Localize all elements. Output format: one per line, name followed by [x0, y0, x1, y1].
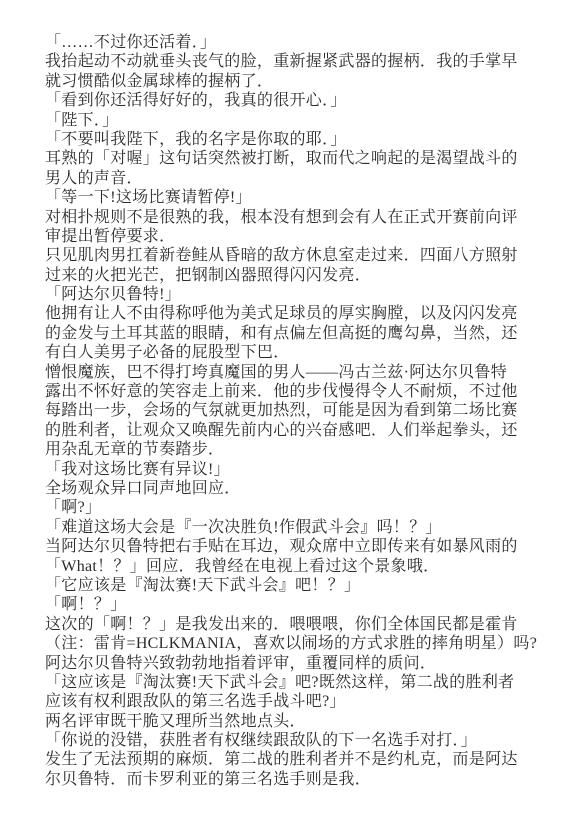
text-line: 审提出暂停要求．: [45, 227, 543, 246]
text-line: 「我对这场比赛有异议!」: [45, 460, 543, 479]
text-line: 「这应该是『淘汰赛!天下武斗会』吧?既然这样，第二战的胜利者: [45, 673, 543, 692]
text-line: 憎恨魔族，巴不得打垮真魔国的男人——冯古兰兹·阿达尔贝鲁特: [45, 363, 543, 382]
text-line: 应该有权利跟敌队的第三名选手战斗吧?」: [45, 692, 543, 711]
text-line: 露出不怀好意的笑容走上前来．他的步伐慢得令人不耐烦，不过他: [45, 382, 543, 401]
text-line: 发生了无法预期的麻烦．第二战的胜利者并不是约札克，而是阿达: [45, 750, 543, 769]
text-line: 「啊！？」: [45, 595, 543, 614]
text-line: 阿达尔贝鲁特兴致勃勃地指着评审，重覆同样的质问．: [45, 654, 543, 673]
text-line: 每踏出一步，会场的气氛就更加热烈，可能是因为看到第二场比赛: [45, 401, 543, 420]
text-line: 「陛下．」: [45, 111, 543, 130]
text-line: （注：雷肯=HCLKMANIA，喜欢以闹场的方式求胜的摔角明星）吗?: [45, 634, 543, 653]
text-line: 「不要叫我陛下，我的名字是你取的耶．」: [45, 130, 543, 149]
text-line: 他拥有让人不由得称呼他为美式足球员的厚实胸膛，以及闪闪发亮: [45, 304, 543, 323]
text-line: 有白人美男子必备的屁股型下巴．: [45, 343, 543, 362]
text-line: 只见肌肉男扛着新卷鲑从昏暗的敌方休息室走过来．四面八方照射: [45, 246, 543, 265]
text-line: 过来的火把光芒，把钢制凶器照得闪闪发亮．: [45, 266, 543, 285]
text-line: 用杂乱无章的节奏踏步．: [45, 440, 543, 459]
text-line: 「它应该是『淘汰赛!天下武斗会』吧！？」: [45, 576, 543, 595]
text-line: 耳熟的「对喔」这句话突然被打断，取而代之响起的是渴望战斗的: [45, 149, 543, 168]
text-line: 全场观众异口同声地回应．: [45, 479, 543, 498]
text-line: 的胜利者，让观众又唤醒先前内心的兴奋感吧．人们举起拳头，还: [45, 421, 543, 440]
text-line: 「……不过你还活着．」: [45, 33, 543, 52]
text-line: 「看到你还活得好好的，我真的很开心．」: [45, 91, 543, 110]
novel-body-text: 「……不过你还活着．」我抬起动不动就垂头丧气的脸，重新握紧武器的握柄．我的手掌早…: [45, 33, 543, 789]
text-line: 「难道这场大会是『一次决胜负!作假武斗会』吗！？」: [45, 518, 543, 537]
text-line: 两名评审既干脆又理所当然地点头．: [45, 712, 543, 731]
text-line: 这次的「啊！？」是我发出来的．喂喂喂，你们全体国民都是霍肯: [45, 615, 543, 634]
text-line: 我抬起动不动就垂头丧气的脸，重新握紧武器的握柄．我的手掌早: [45, 52, 543, 71]
text-line: 「你说的没错，获胜者有权继续跟敌队的下一名选手对打．」: [45, 731, 543, 750]
text-line: 「啊?」: [45, 498, 543, 517]
text-line: 「等一下!这场比赛请暂停!」: [45, 188, 543, 207]
text-line: 就习惯酷似金属球棒的握柄了．: [45, 72, 543, 91]
text-line: 「阿达尔贝鲁特!」: [45, 285, 543, 304]
text-line: 「What！？」回应．我曾经在电视上看过这个景象哦．: [45, 557, 543, 576]
text-line: 的金发与土耳其蓝的眼睛，和有点偏左但高挺的鹰勾鼻，当然，还: [45, 324, 543, 343]
text-line: 男人的声音．: [45, 169, 543, 188]
document-page: 「……不过你还活着．」我抬起动不动就垂头丧气的脸，重新握紧武器的握柄．我的手掌早…: [0, 0, 583, 828]
text-line: 尔贝鲁特．而卡罗利亚的第三名选手则是我．: [45, 770, 543, 789]
text-line: 对相扑规则不是很熟的我，根本没有想到会有人在正式开赛前向评: [45, 208, 543, 227]
text-line: 当阿达尔贝鲁特把右手贴在耳边，观众席中立即传来有如暴风雨的: [45, 537, 543, 556]
